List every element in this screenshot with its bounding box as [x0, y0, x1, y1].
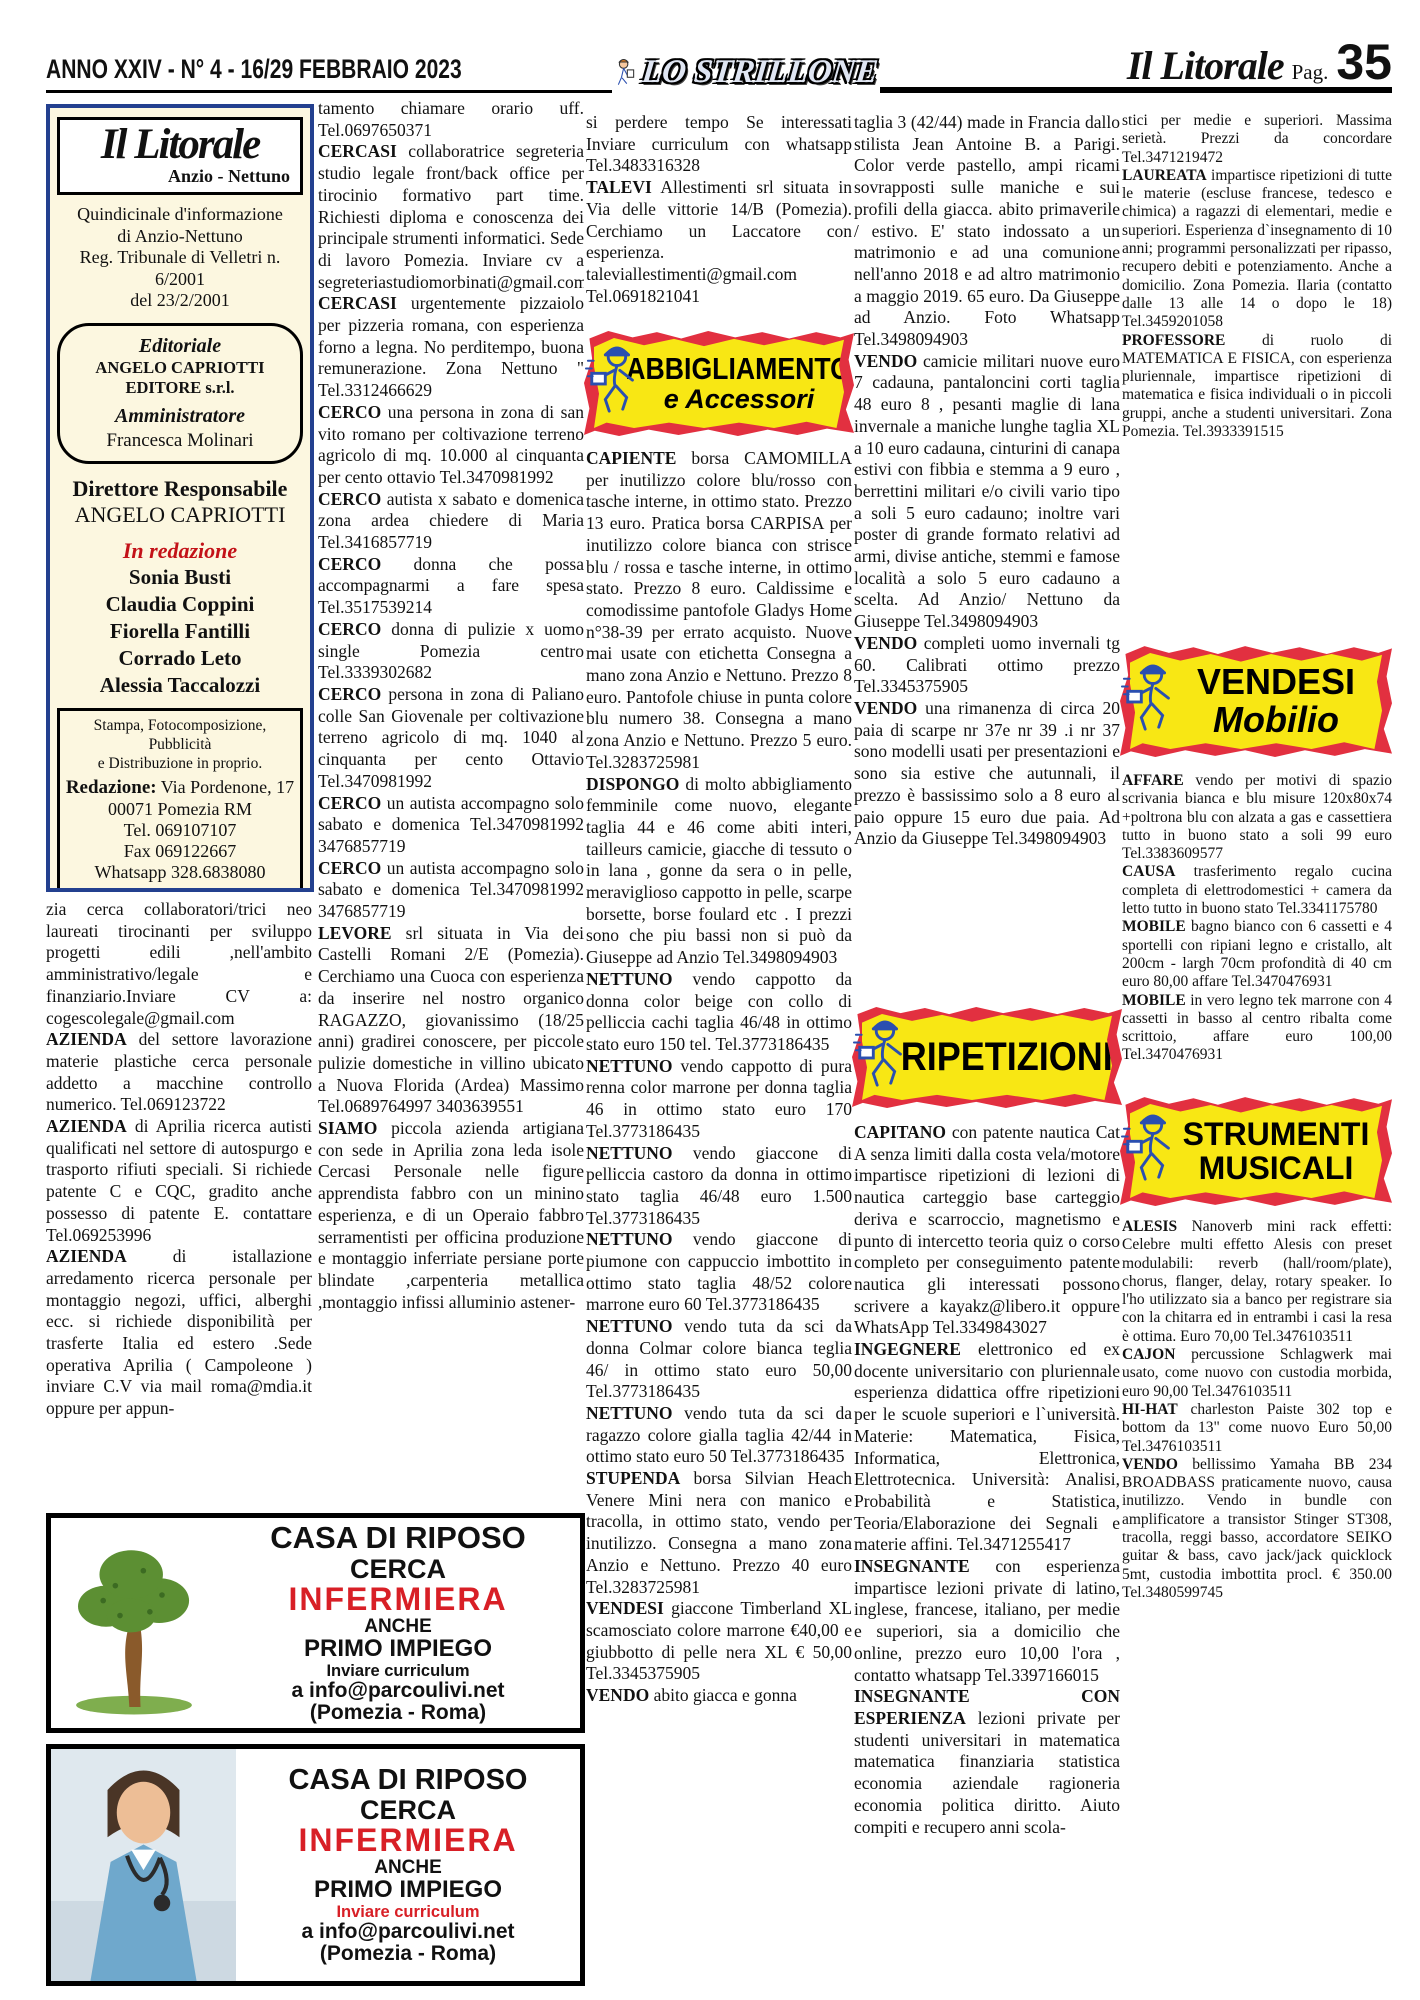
whatsapp-line: Whatsapp 328.6838080 [63, 862, 297, 883]
classified-ad: VENDO abito giacca e gonna [586, 1685, 852, 1707]
classified-ad: CERCASI urgentemente pizzaiolo per pizze… [318, 293, 584, 402]
classified-column-1: zia cerca collaboratori/trici neo laurea… [46, 899, 312, 1505]
classified-ad: MOBILE bagno bianco con 6 cassetti e 4 s… [1122, 918, 1392, 991]
casa-title: CASA DI RIPOSO [288, 1765, 527, 1795]
masthead-subtitle: Anzio - Nettuno [66, 166, 294, 187]
classified-ad: CERCO un autista accompagno solo sabato … [318, 858, 584, 923]
page-title: Il Litorale Pag. 35 [1127, 40, 1392, 89]
classified-ad: TALEVI Allestimenti srl situata in Via d… [586, 177, 852, 307]
casa-primo-impiego: PRIMO IMPIEGO [304, 1637, 492, 1662]
classified-ad: STUPENDA borsa Silvian Heach Venere Mini… [586, 1468, 852, 1598]
section-subtitle: Mobilio [1197, 702, 1355, 738]
classified-ad: CAPITANO con patente nautica Cat A senza… [854, 1122, 1120, 1339]
masthead-desc-line: Quindicinale d'informazione [57, 204, 303, 226]
classified-column-5-middle: AFFARE vendo per motivi di spazio scriva… [1122, 772, 1392, 1092]
redazione-name: Claudia Coppini [57, 591, 303, 618]
classified-ad: INGEGNERE elettronico ed ex docente univ… [854, 1339, 1120, 1556]
casa-curriculum: Inviare curriculum [326, 1663, 469, 1680]
redazione-name: Fiorella Fantilli [57, 618, 303, 645]
classified-ad: stici per medie e superiori. Massima ser… [1122, 112, 1392, 167]
classified-ad: HI-HAT charleston Paiste 302 top e botto… [1122, 1401, 1392, 1456]
classified-column-5-bottom: ALESIS Nanoverb mini rack effetti: Celeb… [1122, 1218, 1392, 1988]
casa-anche: ANCHE [364, 1617, 432, 1637]
classified-column-3-bottom: CAPIENTE borsa CAMOMILLA per inutilizzo … [586, 448, 852, 1988]
classified-ad: ALESIS Nanoverb mini rack effetti: Celeb… [1122, 1218, 1392, 1346]
casa-cerca: CERCA [360, 1796, 456, 1824]
amministratore-name: Francesca Molinari [64, 430, 296, 453]
section-subtitle: e Accessori [608, 386, 869, 413]
section-title: ABBIGLIAMENTO [627, 353, 852, 384]
section-header-abbigliamento: ABBIGLIAMENTO e Accessori [584, 330, 854, 436]
section-title: RIPETIZIONI [901, 1037, 1113, 1077]
classified-ad: NETTUNO vendo tuta da sci da donna Colma… [586, 1316, 852, 1403]
classified-ad: AZIENDA di istallazione arredamento rice… [46, 1246, 312, 1420]
direttore-name: ANGELO CAPRIOTTI [57, 502, 303, 528]
classified-ad: CERCO donna che possa accompagnarmi a fa… [318, 554, 584, 619]
classified-ad: taglia 3 (42/44) made in Francia dallo s… [854, 112, 1120, 351]
classified-ad: NETTUNO vendo tuta da sci da ragazzo col… [586, 1403, 852, 1468]
newsboy-logo-icon [612, 44, 638, 100]
page-number: 35 [1336, 40, 1392, 85]
classified-ad: CAPIENTE borsa CAMOMILLA per inutilizzo … [586, 448, 852, 774]
header-rule-left [46, 90, 612, 93]
classified-ad: NETTUNO vendo giaccone di pelliccia cast… [586, 1143, 852, 1230]
classified-ad: NETTUNO vendo cappotto di pura renna col… [586, 1056, 852, 1143]
masthead-desc-line: del 23/2/2001 [57, 290, 303, 312]
newsboy-icon [852, 1015, 914, 1099]
classified-ad: NETTUNO vendo cappotto da donna color be… [586, 969, 852, 1056]
redazione-names: Sonia Busti Claudia Coppini Fiorella Fan… [57, 564, 303, 698]
addr-line: 00071 Pomezia RM [63, 799, 297, 820]
classified-ad: VENDO una rimanenza di circa 20 paia di … [854, 698, 1120, 850]
section-subtitle: MUSICALI [1183, 1152, 1370, 1184]
casa-email: a info@parcoulivi.net [301, 1921, 514, 1943]
page-label: Pag. [1292, 60, 1329, 85]
stampa-line: e Distribuzione in proprio. [63, 755, 297, 774]
brand-name: Il Litorale [1127, 42, 1284, 89]
classified-ad: tamento chiamare orario uff. Tel.0697650… [318, 98, 584, 141]
classified-column-3-top: si perdere tempo Se interessati Inviare … [586, 112, 852, 328]
redazione-addr-label: Redazione: [66, 777, 157, 798]
casa-anche: ANCHE [374, 1858, 442, 1878]
classified-ad: VENDESI giaccone Timberland XL scamoscia… [586, 1598, 852, 1685]
classified-ad: MOBILE in vero legno tek marrone con 4 c… [1122, 992, 1392, 1065]
section-title: STRUMENTI [1183, 1118, 1370, 1150]
section-header-ripetizioni: RIPETIZIONI [852, 1006, 1122, 1108]
newspaper-page: ANNO XXIV - N° 4 - 16/29 FEBBRAIO 2023 L… [0, 0, 1420, 2000]
classified-ad: CAJON percussione Schlagwerk mai usato, … [1122, 1346, 1392, 1401]
newsboy-icon [584, 341, 646, 425]
classified-ad: AFFARE vendo per motivi di spazio scriva… [1122, 772, 1392, 863]
classified-ad: CERCASI collaboratrice segreteria studio… [318, 141, 584, 293]
classified-ad: CERCO donna di pulizie x uomo single Pom… [318, 619, 584, 684]
casa-location: (Pomezia - Roma) [310, 1702, 486, 1724]
casa-ad-text: CASA DI RIPOSO CERCA INFERMIERA ANCHE PR… [216, 1518, 580, 1728]
classified-ad: CERCO un autista accompagno solo sabato … [318, 793, 584, 858]
classified-ad: CERCO una persona in zona di san vito ro… [318, 402, 584, 489]
redazione-label: In redazione [57, 538, 303, 564]
classified-ad: NETTUNO vendo giaccone di piumone con ca… [586, 1229, 852, 1316]
casa-email: a info@parcoulivi.net [291, 1680, 504, 1702]
classified-ad: AZIENDA di Aprilia ricerca autisti quali… [46, 1116, 312, 1246]
classified-ad: CAUSA trasferimento regalo cucina comple… [1122, 863, 1392, 918]
redazione-name: Alessia Taccalozzi [57, 672, 303, 699]
classified-ad: CERCO persona in zona di Paliano colle S… [318, 684, 584, 793]
classified-ad: AZIENDA del settore lavorazione materie … [46, 1029, 312, 1116]
editoriale-name: ANGELO CAPRIOTTI EDITORE s.r.l. [64, 358, 296, 398]
redazione-name: Corrado Leto [57, 645, 303, 672]
classified-column-5-top: stici per medie e superiori. Massima ser… [1122, 112, 1392, 634]
olive-tree-image [51, 1518, 216, 1728]
email-line: E-mail: pontinonuovo@gmail.com [63, 887, 297, 892]
masthead-title: Il Litorale [66, 123, 294, 166]
issue-date: ANNO XXIV - N° 4 - 16/29 FEBBRAIO 2023 [46, 54, 462, 85]
casa-infermiera: INFERMIERA [288, 1583, 507, 1616]
redazione-address: Redazione: Via Pordenone, 17 00071 Pomez… [63, 777, 297, 883]
classified-ad: VENDO camicie militari nuove euro 7 cada… [854, 351, 1120, 633]
classified-ad: PROFESSORE di ruolo di MATEMATICA E FISI… [1122, 332, 1392, 442]
classified-ad: INSEGNANTE CON ESPERIENZA lezioni privat… [854, 1686, 1120, 1838]
contacts-box: Stampa, Fotocomposizione, Pubblicità e D… [57, 708, 303, 892]
classified-ad: VENDO bellissimo Yamaha BB 234 BROADBASS… [1122, 1456, 1392, 1602]
casa-di-riposo-ad-1: CASA DI RIPOSO CERCA INFERMIERA ANCHE PR… [46, 1513, 585, 1733]
newsboy-icon [1120, 1109, 1182, 1193]
newsboy-icon [1120, 659, 1182, 743]
amministratore-label: Amministratore [64, 405, 296, 428]
direttore-label: Direttore Responsabile [57, 476, 303, 501]
redazione-name: Sonia Busti [57, 564, 303, 591]
masthead-desc-line: Reg. Tribunale di Velletri n. 6/2001 [57, 247, 303, 290]
lo-strillone-logo: LO STRILLONE [612, 38, 878, 106]
masthead-desc-line: di Anzio-Nettuno [57, 226, 303, 248]
casa-cerca: CERCA [350, 1555, 446, 1583]
classified-column-4-top: taglia 3 (42/44) made in Francia dallo s… [854, 112, 1120, 1002]
nurse-photo [51, 1749, 236, 1981]
section-header-vendesi-mobilio: VENDESI Mobilio [1120, 645, 1392, 757]
editorial-box: Editoriale ANGELO CAPRIOTTI EDITORE s.r.… [57, 323, 303, 464]
editoriale-label: Editoriale [64, 335, 296, 358]
classified-ad: si perdere tempo Se interessati Inviare … [586, 112, 852, 177]
casa-infermiera: INFERMIERA [298, 1824, 517, 1857]
classified-ad: CERCO autista x sabato e domenica zona a… [318, 489, 584, 554]
masthead-title-box: Il Litorale Anzio - Nettuno [57, 117, 303, 195]
stampa-line: Stampa, Fotocomposizione, Pubblicità [63, 717, 297, 754]
casa-primo-impiego: PRIMO IMPIEGO [314, 1878, 502, 1903]
classified-ad: SIAMO piccola azienda artigiana con sede… [318, 1118, 584, 1313]
section-title: VENDESI [1197, 664, 1355, 700]
classified-ad: LEVORE srl situata in Via dei Castelli R… [318, 923, 584, 1118]
classified-ad: DISPONGO di molto abbigliamento femminil… [586, 774, 852, 969]
logo-text: LO STRILLONE [640, 54, 879, 91]
casa-di-riposo-ad-2: CASA DI RIPOSO CERCA INFERMIERA ANCHE PR… [46, 1744, 585, 1986]
classified-ad: VENDO completi uomo invernali tg 60. Cal… [854, 633, 1120, 698]
classified-column-4-bottom: CAPITANO con patente nautica Cat A senza… [854, 1122, 1120, 1988]
casa-location: (Pomezia - Roma) [320, 1943, 496, 1965]
fax-line: Fax 069122667 [63, 841, 297, 862]
masthead-box: Il Litorale Anzio - Nettuno Quindicinale… [46, 104, 314, 892]
classified-ad: LAUREATA impartisce ripetizioni di tutte… [1122, 167, 1392, 332]
casa-title: CASA DI RIPOSO [270, 1522, 526, 1554]
casa-curriculum: Inviare curriculum [336, 1904, 479, 1921]
classified-ad: INSEGNANTE con esperienza impartisce lez… [854, 1556, 1120, 1686]
redazione-addr-value: Via Pordenone, 17 [161, 777, 294, 797]
email-label: E-mail: [151, 887, 209, 892]
section-header-strumenti-musicali: STRUMENTI MUSICALI [1120, 1096, 1392, 1206]
tel-line: Tel. 069107107 [63, 820, 297, 841]
casa-ad-text: CASA DI RIPOSO CERCA INFERMIERA ANCHE PR… [236, 1749, 580, 1981]
classified-column-2: tamento chiamare orario uff. Tel.0697650… [318, 98, 584, 1506]
masthead-description: Quindicinale d'informazione di Anzio-Net… [57, 204, 303, 312]
classified-ad: zia cerca collaboratori/trici neo laurea… [46, 899, 312, 1029]
